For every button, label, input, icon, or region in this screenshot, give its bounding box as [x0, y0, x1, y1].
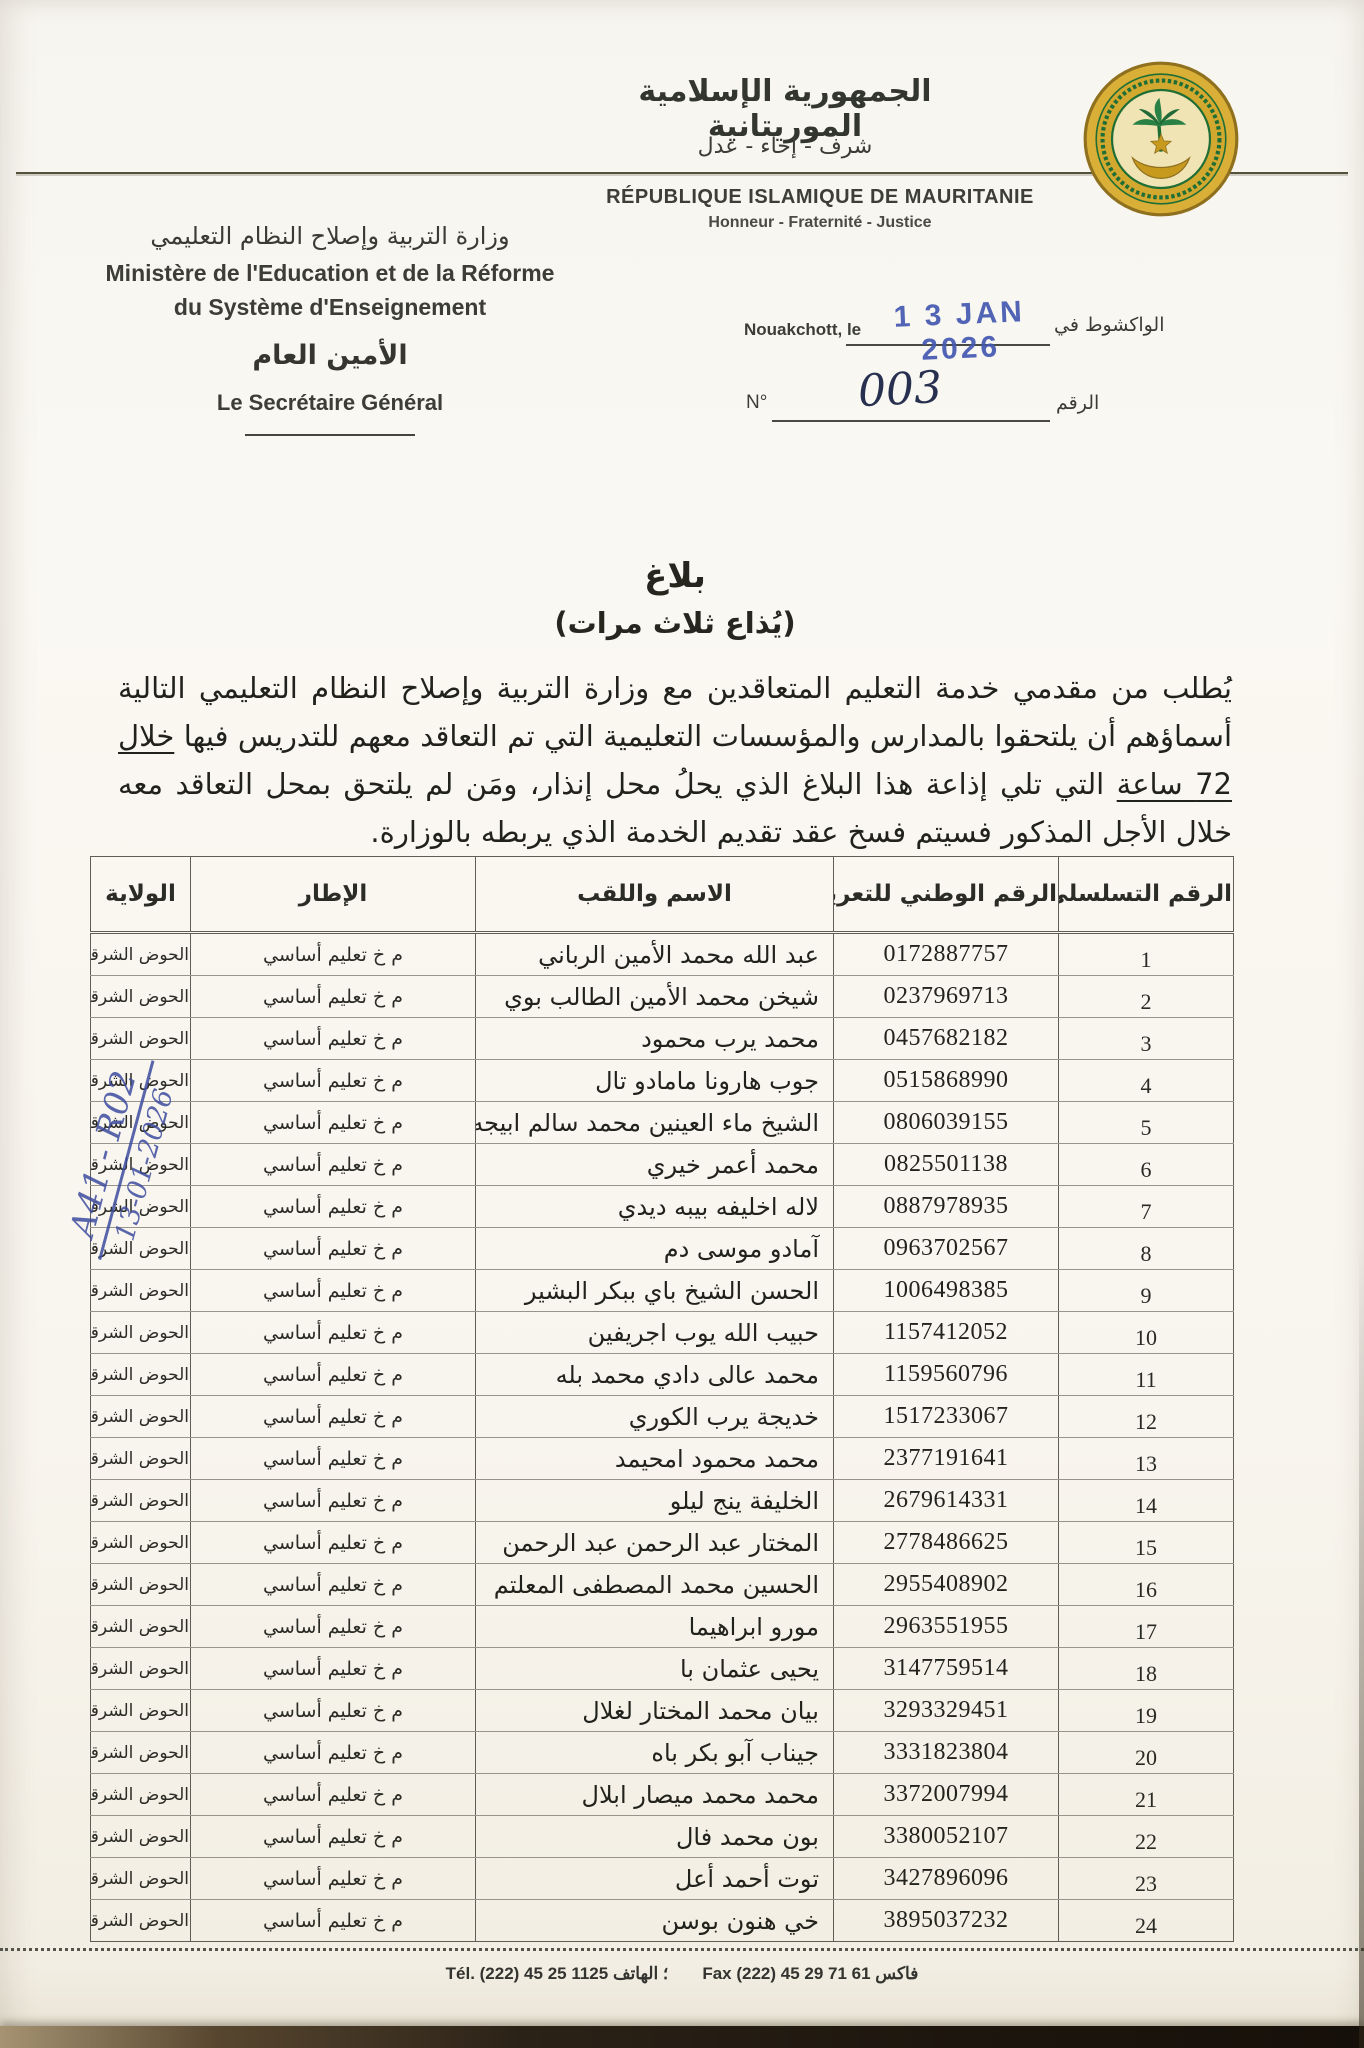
cell-name: محمد يرب محمود — [476, 1018, 834, 1060]
cell-cadre: م خ تعليم أساسي — [191, 1060, 476, 1102]
cell-cadre: م خ تعليم أساسي — [191, 1900, 476, 1942]
cell-name: خديجة يرب الكوري — [476, 1396, 834, 1438]
number-label-arabic: الرقم — [1056, 392, 1099, 414]
cell-name: الحسين محمد المصطفى المعلتم — [476, 1564, 834, 1606]
office-title-french: Le Secrétaire Général — [45, 390, 615, 416]
cell-national-id: 2955408902 — [834, 1564, 1059, 1606]
table-row: 10172887757عبد الله محمد الأمين الربانيم… — [91, 933, 1234, 976]
cell-wilaya: الحوض الشرقي — [91, 1438, 191, 1480]
cell-name: بيان محمد المختار لغلال — [476, 1690, 834, 1732]
cell-name: مورو ابراهيما — [476, 1606, 834, 1648]
motto-french: Honneur - Fraternité - Justice — [595, 214, 1045, 232]
cell-cadre: م خ تعليم أساسي — [191, 933, 476, 976]
cell-name: المختار عبد الرحمن عبد الرحمن — [476, 1522, 834, 1564]
cell-name: محمد محمود امحيمد — [476, 1438, 834, 1480]
cell-national-id: 0887978935 — [834, 1186, 1059, 1228]
cell-serial: 13 — [1059, 1438, 1234, 1480]
cell-cadre: م خ تعليم أساسي — [191, 1816, 476, 1858]
cell-serial: 17 — [1059, 1606, 1234, 1648]
cell-cadre: م خ تعليم أساسي — [191, 1564, 476, 1606]
cell-cadre: م خ تعليم أساسي — [191, 1480, 476, 1522]
cell-wilaya: الحوض الشرقي — [91, 1690, 191, 1732]
scan-edge-bottom — [0, 2026, 1364, 2048]
communique-body: يُطلب من مقدمي خدمة التعليم المتعاقدين م… — [118, 664, 1232, 856]
cell-wilaya: الحوض الشرقي — [91, 1858, 191, 1900]
cell-name: حبيب الله يوب اجريفين — [476, 1312, 834, 1354]
cell-serial: 14 — [1059, 1480, 1234, 1522]
table-row: 162955408902الحسين محمد المصطفى المعلتمم… — [91, 1564, 1234, 1606]
cell-serial: 22 — [1059, 1816, 1234, 1858]
cell-serial: 20 — [1059, 1732, 1234, 1774]
office-underline — [245, 434, 415, 436]
table-row: 203331823804جيناب آبو بكر باهم خ تعليم أ… — [91, 1732, 1234, 1774]
table-row: 193293329451بيان محمد المختار لغلالم خ ت… — [91, 1690, 1234, 1732]
cell-cadre: م خ تعليم أساسي — [191, 1396, 476, 1438]
table-row: 101157412052حبيب الله يوب اجريفينم خ تعل… — [91, 1312, 1234, 1354]
ministry-name-french-line1: Ministère de l'Education et de la Réform… — [45, 260, 615, 287]
cell-national-id: 0515868990 — [834, 1060, 1059, 1102]
cell-name: الخليفة ينج ليلو — [476, 1480, 834, 1522]
cell-name: بون محمد فال — [476, 1816, 834, 1858]
cell-serial: 21 — [1059, 1774, 1234, 1816]
ministry-name-french-line2: du Système d'Enseignement — [45, 294, 615, 321]
table-row: 60825501138محمد أعمر خيريم خ تعليم أساسي… — [91, 1144, 1234, 1186]
cell-national-id: 2778486625 — [834, 1522, 1059, 1564]
cell-wilaya: الحوض الشرقي — [91, 1648, 191, 1690]
cell-serial: 18 — [1059, 1648, 1234, 1690]
cell-serial: 23 — [1059, 1858, 1234, 1900]
cell-national-id: 2679614331 — [834, 1480, 1059, 1522]
cell-wilaya: الحوض الشرقي — [91, 1564, 191, 1606]
table-row: 111159560796محمد عالى دادي محمد بلهم خ ت… — [91, 1354, 1234, 1396]
cell-serial: 9 — [1059, 1270, 1234, 1312]
cell-cadre: م خ تعليم أساسي — [191, 1186, 476, 1228]
cell-serial: 10 — [1059, 1312, 1234, 1354]
scanned-letter-page: الجمهورية الإسلامية الموريتانية شرف - إخ… — [0, 0, 1364, 2048]
cell-name: لاله اخليفه بيبه ديدي — [476, 1186, 834, 1228]
cell-name: توت أحمد أعل — [476, 1858, 834, 1900]
date-stamp: 1 3 JAN 2026 — [859, 294, 1062, 371]
cell-cadre: م خ تعليم أساسي — [191, 1606, 476, 1648]
table-row: 152778486625المختار عبد الرحمن عبد الرحم… — [91, 1522, 1234, 1564]
republic-title-french: RÉPUBLIQUE ISLAMIQUE DE MAURITANIE — [595, 186, 1045, 209]
cell-national-id: 0457682182 — [834, 1018, 1059, 1060]
document-number-handwritten: 003 — [857, 362, 944, 417]
table-row: 142679614331الخليفة ينج ليلوم خ تعليم أس… — [91, 1480, 1234, 1522]
number-fill-line — [772, 420, 1050, 422]
cell-cadre: م خ تعليم أساسي — [191, 1312, 476, 1354]
header-name: الاسم واللقب — [476, 857, 834, 933]
cell-national-id: 3372007994 — [834, 1774, 1059, 1816]
cell-serial: 11 — [1059, 1354, 1234, 1396]
cell-national-id: 3895037232 — [834, 1900, 1059, 1942]
motto-arabic: شرف - إخاء - عدل — [590, 134, 980, 159]
cell-wilaya: الحوض الشرقي — [91, 1732, 191, 1774]
cell-national-id: 1006498385 — [834, 1270, 1059, 1312]
cell-cadre: م خ تعليم أساسي — [191, 1648, 476, 1690]
cell-name: الشيخ ماء العينين محمد سالم ابيجه — [476, 1102, 834, 1144]
cell-national-id: 2963551955 — [834, 1606, 1059, 1648]
cell-serial: 1 — [1059, 933, 1234, 976]
cell-serial: 12 — [1059, 1396, 1234, 1438]
header-cadre: الإطار — [191, 857, 476, 933]
communique-title: بلاغ — [120, 556, 1230, 596]
scan-edge-right — [1359, 1236, 1364, 2048]
office-title-arabic: الأمين العام — [70, 340, 590, 371]
table-row: 50806039155الشيخ ماء العينين محمد سالم ا… — [91, 1102, 1234, 1144]
cell-name: جوب هارونا مامادو تال — [476, 1060, 834, 1102]
cell-national-id: 3380052107 — [834, 1816, 1059, 1858]
place-date-label-arabic: الواكشوط في — [1054, 314, 1165, 336]
cell-wilaya: الحوض الشرقي — [91, 1522, 191, 1564]
cell-cadre: م خ تعليم أساسي — [191, 1270, 476, 1312]
table-row: 233427896096توت أحمد أعلم خ تعليم أساسيا… — [91, 1858, 1234, 1900]
table-row: 183147759514يحيى عثمان بام خ تعليم أساسي… — [91, 1648, 1234, 1690]
number-label-french: N° — [746, 392, 767, 414]
cell-name: محمد عالى دادي محمد بله — [476, 1354, 834, 1396]
header-national-id: الرقم الوطني للتعريف — [834, 857, 1059, 933]
cell-cadre: م خ تعليم أساسي — [191, 1690, 476, 1732]
cell-national-id: 2377191641 — [834, 1438, 1059, 1480]
cell-serial: 2 — [1059, 976, 1234, 1018]
cell-serial: 19 — [1059, 1690, 1234, 1732]
table-row: 30457682182محمد يرب محمودم خ تعليم أساسي… — [91, 1018, 1234, 1060]
place-date-label-french: Nouakchott, le — [744, 320, 861, 340]
cell-national-id: 3331823804 — [834, 1732, 1059, 1774]
cell-name: يحيى عثمان با — [476, 1648, 834, 1690]
cell-name: محمد أعمر خيري — [476, 1144, 834, 1186]
table-row: 172963551955مورو ابراهيمام خ تعليم أساسي… — [91, 1606, 1234, 1648]
table-row: 132377191641محمد محمود امحيمدم خ تعليم أ… — [91, 1438, 1234, 1480]
table-row: 70887978935لاله اخليفه بيبه ديديم خ تعلي… — [91, 1186, 1234, 1228]
cell-national-id: 1517233067 — [834, 1396, 1059, 1438]
cell-serial: 6 — [1059, 1144, 1234, 1186]
table-header-row: الرقم التسلسلي الرقم الوطني للتعريف الاس… — [91, 857, 1234, 933]
cell-cadre: م خ تعليم أساسي — [191, 976, 476, 1018]
mauritania-seal-icon — [1082, 60, 1240, 218]
cell-national-id: 0237969713 — [834, 976, 1059, 1018]
table-row: 223380052107بون محمد فالم خ تعليم أساسيا… — [91, 1816, 1234, 1858]
cell-cadre: م خ تعليم أساسي — [191, 1438, 476, 1480]
cell-national-id: 3427896096 — [834, 1858, 1059, 1900]
cell-wilaya: الحوض الشرقي — [91, 1396, 191, 1438]
cell-wilaya: الحوض الشرقي — [91, 1774, 191, 1816]
cell-serial: 5 — [1059, 1102, 1234, 1144]
cell-name: الحسن الشيخ باي ببكر البشير — [476, 1270, 834, 1312]
cell-wilaya: الحوض الشرقي — [91, 1480, 191, 1522]
cell-cadre: م خ تعليم أساسي — [191, 1228, 476, 1270]
cell-name: خي هنون بوسن — [476, 1900, 834, 1942]
body-text-before: يُطلب من مقدمي خدمة التعليم المتعاقدين م… — [118, 671, 1232, 753]
contract-teachers-table: الرقم التسلسلي الرقم الوطني للتعريف الاس… — [90, 856, 1234, 1942]
cell-national-id: 1159560796 — [834, 1354, 1059, 1396]
cell-serial: 4 — [1059, 1060, 1234, 1102]
cell-serial: 24 — [1059, 1900, 1234, 1942]
cell-name: شيخن محمد الأمين الطالب بوي — [476, 976, 834, 1018]
ministry-name-arabic: وزارة التربية وإصلاح النظام التعليمي — [70, 222, 590, 250]
cell-wilaya: الحوض الشرقي — [91, 1816, 191, 1858]
cell-cadre: م خ تعليم أساسي — [191, 1774, 476, 1816]
table-row: 40515868990جوب هارونا مامادو تالم خ تعلي… — [91, 1060, 1234, 1102]
cell-national-id: 0825501138 — [834, 1144, 1059, 1186]
table-row: 80963702567آمادو موسى دمم خ تعليم أساسيا… — [91, 1228, 1234, 1270]
cell-national-id: 3293329451 — [834, 1690, 1059, 1732]
header-serial: الرقم التسلسلي — [1059, 857, 1234, 933]
cell-serial: 8 — [1059, 1228, 1234, 1270]
footer-fax: Fax (222) 45 29 71 61 فاكس — [702, 1964, 918, 1983]
cell-cadre: م خ تعليم أساسي — [191, 1144, 476, 1186]
cell-cadre: م خ تعليم أساسي — [191, 1354, 476, 1396]
table-row: 213372007994محمد محمد ميصار ابلالم خ تعل… — [91, 1774, 1234, 1816]
cell-national-id: 0806039155 — [834, 1102, 1059, 1144]
cell-serial: 16 — [1059, 1564, 1234, 1606]
cell-serial: 3 — [1059, 1018, 1234, 1060]
cell-cadre: م خ تعليم أساسي — [191, 1102, 476, 1144]
footer-contact-line: Tél. (222) 45 25 1125 ؛ الهاتفFax (222) … — [0, 1964, 1364, 1984]
cell-national-id: 0963702567 — [834, 1228, 1059, 1270]
cell-name: جيناب آبو بكر باه — [476, 1732, 834, 1774]
cell-cadre: م خ تعليم أساسي — [191, 1522, 476, 1564]
cell-cadre: م خ تعليم أساسي — [191, 1858, 476, 1900]
cell-national-id: 0172887757 — [834, 933, 1059, 976]
cell-national-id: 3147759514 — [834, 1648, 1059, 1690]
communique-subtitle: (يُذاع ثلاث مرات) — [120, 606, 1230, 640]
cell-name: محمد محمد ميصار ابلال — [476, 1774, 834, 1816]
cell-cadre: م خ تعليم أساسي — [191, 1732, 476, 1774]
table-row: 20237969713شيخن محمد الأمين الطالب بويم … — [91, 976, 1234, 1018]
cell-cadre: م خ تعليم أساسي — [191, 1018, 476, 1060]
cell-name: آمادو موسى دم — [476, 1228, 834, 1270]
cell-serial: 7 — [1059, 1186, 1234, 1228]
table-row: 91006498385الحسن الشيخ باي ببكر البشيرم … — [91, 1270, 1234, 1312]
table-row: 121517233067خديجة يرب الكوريم خ تعليم أس… — [91, 1396, 1234, 1438]
cell-name: عبد الله محمد الأمين الرباني — [476, 933, 834, 976]
cell-national-id: 1157412052 — [834, 1312, 1059, 1354]
table-row: 243895037232خي هنون بوسنم خ تعليم أساسيا… — [91, 1900, 1234, 1942]
cell-wilaya: الحوض الشرقي — [91, 1900, 191, 1942]
footer-tel: Tél. (222) 45 25 1125 ؛ الهاتف — [446, 1964, 669, 1983]
cell-serial: 15 — [1059, 1522, 1234, 1564]
cell-wilaya: الحوض الشرقي — [91, 1606, 191, 1648]
footer-dotted-rule — [0, 1948, 1364, 1951]
body-text-after: التي تلي إذاعة هذا البلاغ الذي يحلُ محل … — [118, 767, 1232, 849]
